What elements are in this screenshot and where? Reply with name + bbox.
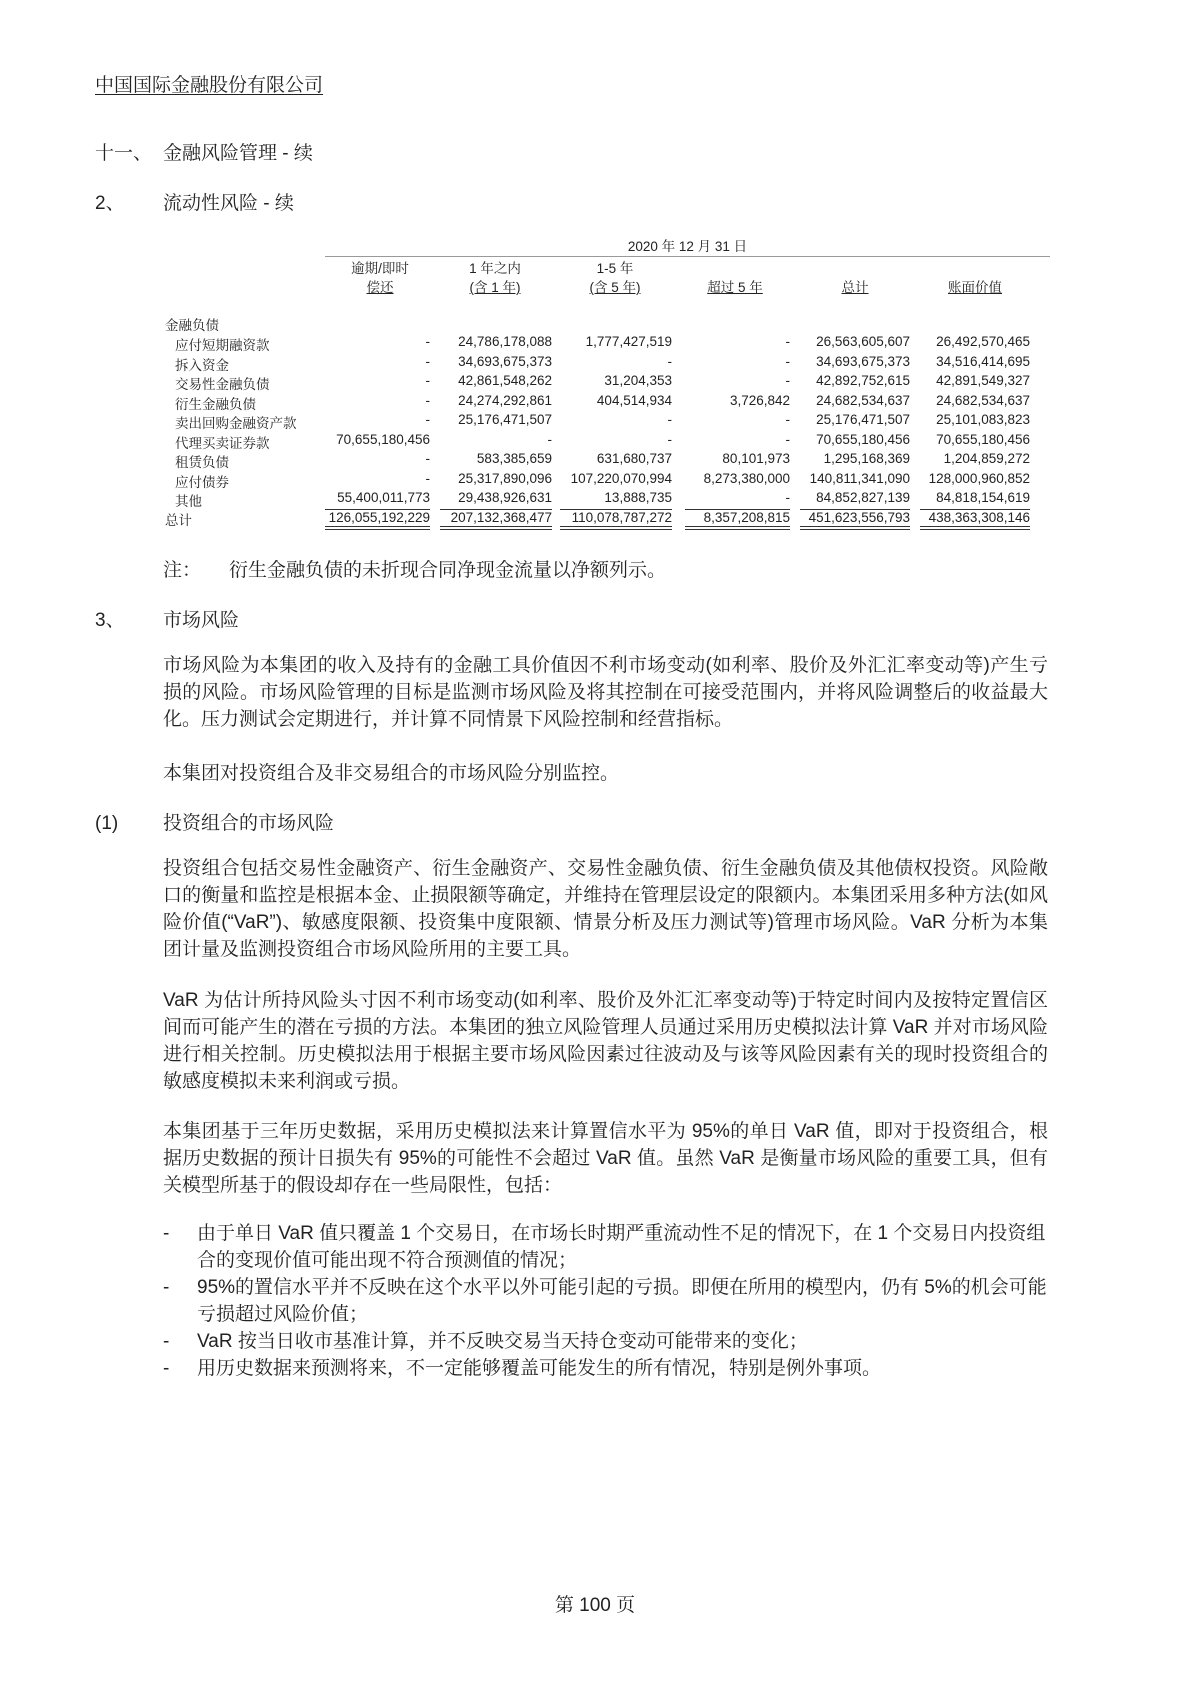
column-header: 总计 [800,259,910,297]
cell-value: - [560,354,672,369]
portfolio-paragraph: 投资组合包括交易性金融资产、衍生金融资产、交易性金融负债、衍生金融负债及其他债权… [163,855,1048,963]
cell-value: - [685,490,790,505]
note-label: 注： [163,555,229,582]
cell-value: 583,385,659 [440,451,552,466]
cell-value: 42,891,549,327 [920,373,1030,388]
cell-value: 34,516,414,695 [920,354,1030,369]
total-label: 总计 [165,509,192,529]
cell-value: 24,786,178,088 [440,334,552,349]
cell-value: 34,693,675,373 [440,354,552,369]
cell-value: - [560,412,672,427]
table-row: 卖出回购金融资产款-25,176,471,507--25,176,471,507… [160,412,1050,432]
table-row: 交易性金融负债-42,861,548,26231,204,353-42,892,… [160,373,1050,393]
row-label: 卖出回购金融资产款 [175,412,297,432]
row-label: 代理买卖证券款 [175,432,270,452]
cell-value: - [560,432,672,447]
group-label: 金融负债 [165,314,219,334]
total-value: 438,363,308,146 [920,509,1030,525]
market-risk-paragraph: 市场风险为本集团的收入及持有的金融工具价值因不利市场变动(如利率、股价及外汇汇率… [163,652,1048,733]
cell-value: - [685,354,790,369]
list-item: -95%的置信水平并不反映在这个水平以外可能引起的亏损。即便在所用的模型内，仍有… [163,1274,1048,1328]
cell-value: - [685,412,790,427]
cell-value: - [325,354,430,369]
var-paragraph: VaR 为估计所持风险头寸因不利市场变动(如利率、股价及外汇汇率变动等)于特定时… [163,987,1048,1095]
cell-value: - [440,432,552,447]
cell-value: 31,204,353 [560,373,672,388]
cell-value: 55,400,011,773 [325,490,430,505]
cell-value: 107,220,070,994 [560,471,672,486]
row-label: 拆入资金 [175,354,229,374]
cell-value: 29,438,926,631 [440,490,552,505]
subsection-number: 2、 [95,188,163,215]
table-row: 拆入资金-34,693,675,373--34,693,675,37334,51… [160,354,1050,374]
column-header: 超过 5 年 [680,259,790,297]
column-header: 1 年之内(含 1 年) [440,259,550,297]
portfolio-risk-heading: (1)投资组合的市场风险 [95,808,334,835]
section-heading: 十一、金融风险管理 - 续 [95,138,313,165]
cell-value: 25,176,471,507 [800,412,910,427]
limitations-list: -由于单日 VaR 值只覆盖 1 个交易日，在市场长时期严重流动性不足的情况下，… [163,1220,1048,1382]
table-date: 2020 年 12 月 31 日 [325,235,1050,255]
cell-value: 26,492,570,465 [920,334,1030,349]
cell-value: 24,682,534,637 [920,393,1030,408]
table-row: 应付短期融资款-24,786,178,0881,777,427,519-26,5… [160,334,1050,354]
cell-value: 140,811,341,090 [800,471,910,486]
cell-value: 25,317,890,096 [440,471,552,486]
total-value: 110,078,787,272 [560,509,672,525]
table-group-row: 金融负债 [160,314,1050,334]
row-label: 应付债券 [175,471,229,491]
cell-value: - [325,412,430,427]
row-label: 租赁负债 [175,451,229,471]
cell-value: - [685,432,790,447]
cell-value: 8,273,380,000 [685,471,790,486]
table-row: 衍生金融负债-24,274,292,861404,514,9343,726,84… [160,393,1050,413]
cell-value: 1,204,859,272 [920,451,1030,466]
cell-value: 631,680,737 [560,451,672,466]
total-value: 126,055,192,229 [325,509,430,525]
cell-value: 70,655,180,456 [800,432,910,447]
section-number: 十一、 [95,138,163,165]
cell-value: 1,295,168,369 [800,451,910,466]
company-name: 中国国际金融股份有限公司 [95,70,323,97]
column-header: 账面价值 [920,259,1030,297]
date-divider [325,256,1050,257]
list-item: -由于单日 VaR 值只覆盖 1 个交易日，在市场长时期严重流动性不足的情况下，… [163,1220,1048,1274]
cell-value: 25,176,471,507 [440,412,552,427]
market-risk-heading: 3、市场风险 [95,605,239,632]
cell-value: 13,888,735 [560,490,672,505]
cell-value: 24,682,534,637 [800,393,910,408]
subsection-heading: 2、流动性风险 - 续 [95,188,294,215]
table-row: 租赁负债-583,385,659631,680,73780,101,9731,2… [160,451,1050,471]
table-row: 代理买卖证券款70,655,180,456---70,655,180,45670… [160,432,1050,452]
cell-value: 128,000,960,852 [920,471,1030,486]
cell-value: 34,693,675,373 [800,354,910,369]
cell-value: 42,892,752,615 [800,373,910,388]
cell-value: 26,563,605,607 [800,334,910,349]
cell-value: 25,101,083,823 [920,412,1030,427]
row-label: 交易性金融负债 [175,373,270,393]
total-value: 207,132,368,477 [440,509,552,525]
liquidity-table: 2020 年 12 月 31 日 逾期/即时偿还 1 年之内(含 1 年) 1-… [160,232,1050,532]
cell-value: - [325,393,430,408]
cell-value: 70,655,180,456 [325,432,430,447]
cell-value: 3,726,842 [685,393,790,408]
var-assumption-paragraph: 本集团基于三年历史数据，采用历史模拟法来计算置信水平为 95%的单日 VaR 值… [163,1118,1048,1199]
cell-value: 404,514,934 [560,393,672,408]
table-row: 其他55,400,011,77329,438,926,63113,888,735… [160,490,1050,510]
table-note: 注：衍生金融负债的未折现合同净现金流量以净额列示。 [163,555,666,582]
list-item: -VaR 按当日收市基准计算，并不反映交易当天持仓变动可能带来的变化； [163,1328,1048,1355]
row-label: 应付短期融资款 [175,334,270,354]
cell-value: - [685,334,790,349]
cell-value: - [325,373,430,388]
cell-value: - [325,471,430,486]
cell-value: - [685,373,790,388]
cell-value: - [325,334,430,349]
row-label: 衍生金融负债 [175,393,256,413]
cell-value: 24,274,292,861 [440,393,552,408]
list-item: -用历史数据来预测将来，不一定能够覆盖可能发生的所有情况，特别是例外事项。 [163,1355,1048,1382]
section-title: 金融风险管理 - 续 [163,143,313,164]
cell-value: 1,777,427,519 [560,334,672,349]
total-value: 8,357,208,815 [685,509,790,525]
cell-value: 80,101,973 [685,451,790,466]
total-value: 451,623,556,793 [800,509,910,525]
column-header: 逾期/即时偿还 [325,259,435,297]
page-number: 第 100 页 [0,1590,1190,1617]
table-total-row: 总计 126,055,192,229 207,132,368,477 110,0… [160,509,1050,529]
cell-value: 84,818,154,619 [920,490,1030,505]
subsection-title: 流动性风险 - 续 [163,193,294,214]
column-header: 1-5 年(含 5 年) [560,259,670,297]
market-risk-paragraph: 本集团对投资组合及非交易组合的市场风险分别监控。 [163,760,1048,787]
cell-value: 84,852,827,139 [800,490,910,505]
cell-value: 42,861,548,262 [440,373,552,388]
cell-value: 70,655,180,456 [920,432,1030,447]
note-text: 衍生金融负债的未折现合同净现金流量以净额列示。 [229,560,666,581]
table-row: 应付债券-25,317,890,096107,220,070,9948,273,… [160,471,1050,491]
row-label: 其他 [175,490,202,510]
cell-value: - [325,451,430,466]
